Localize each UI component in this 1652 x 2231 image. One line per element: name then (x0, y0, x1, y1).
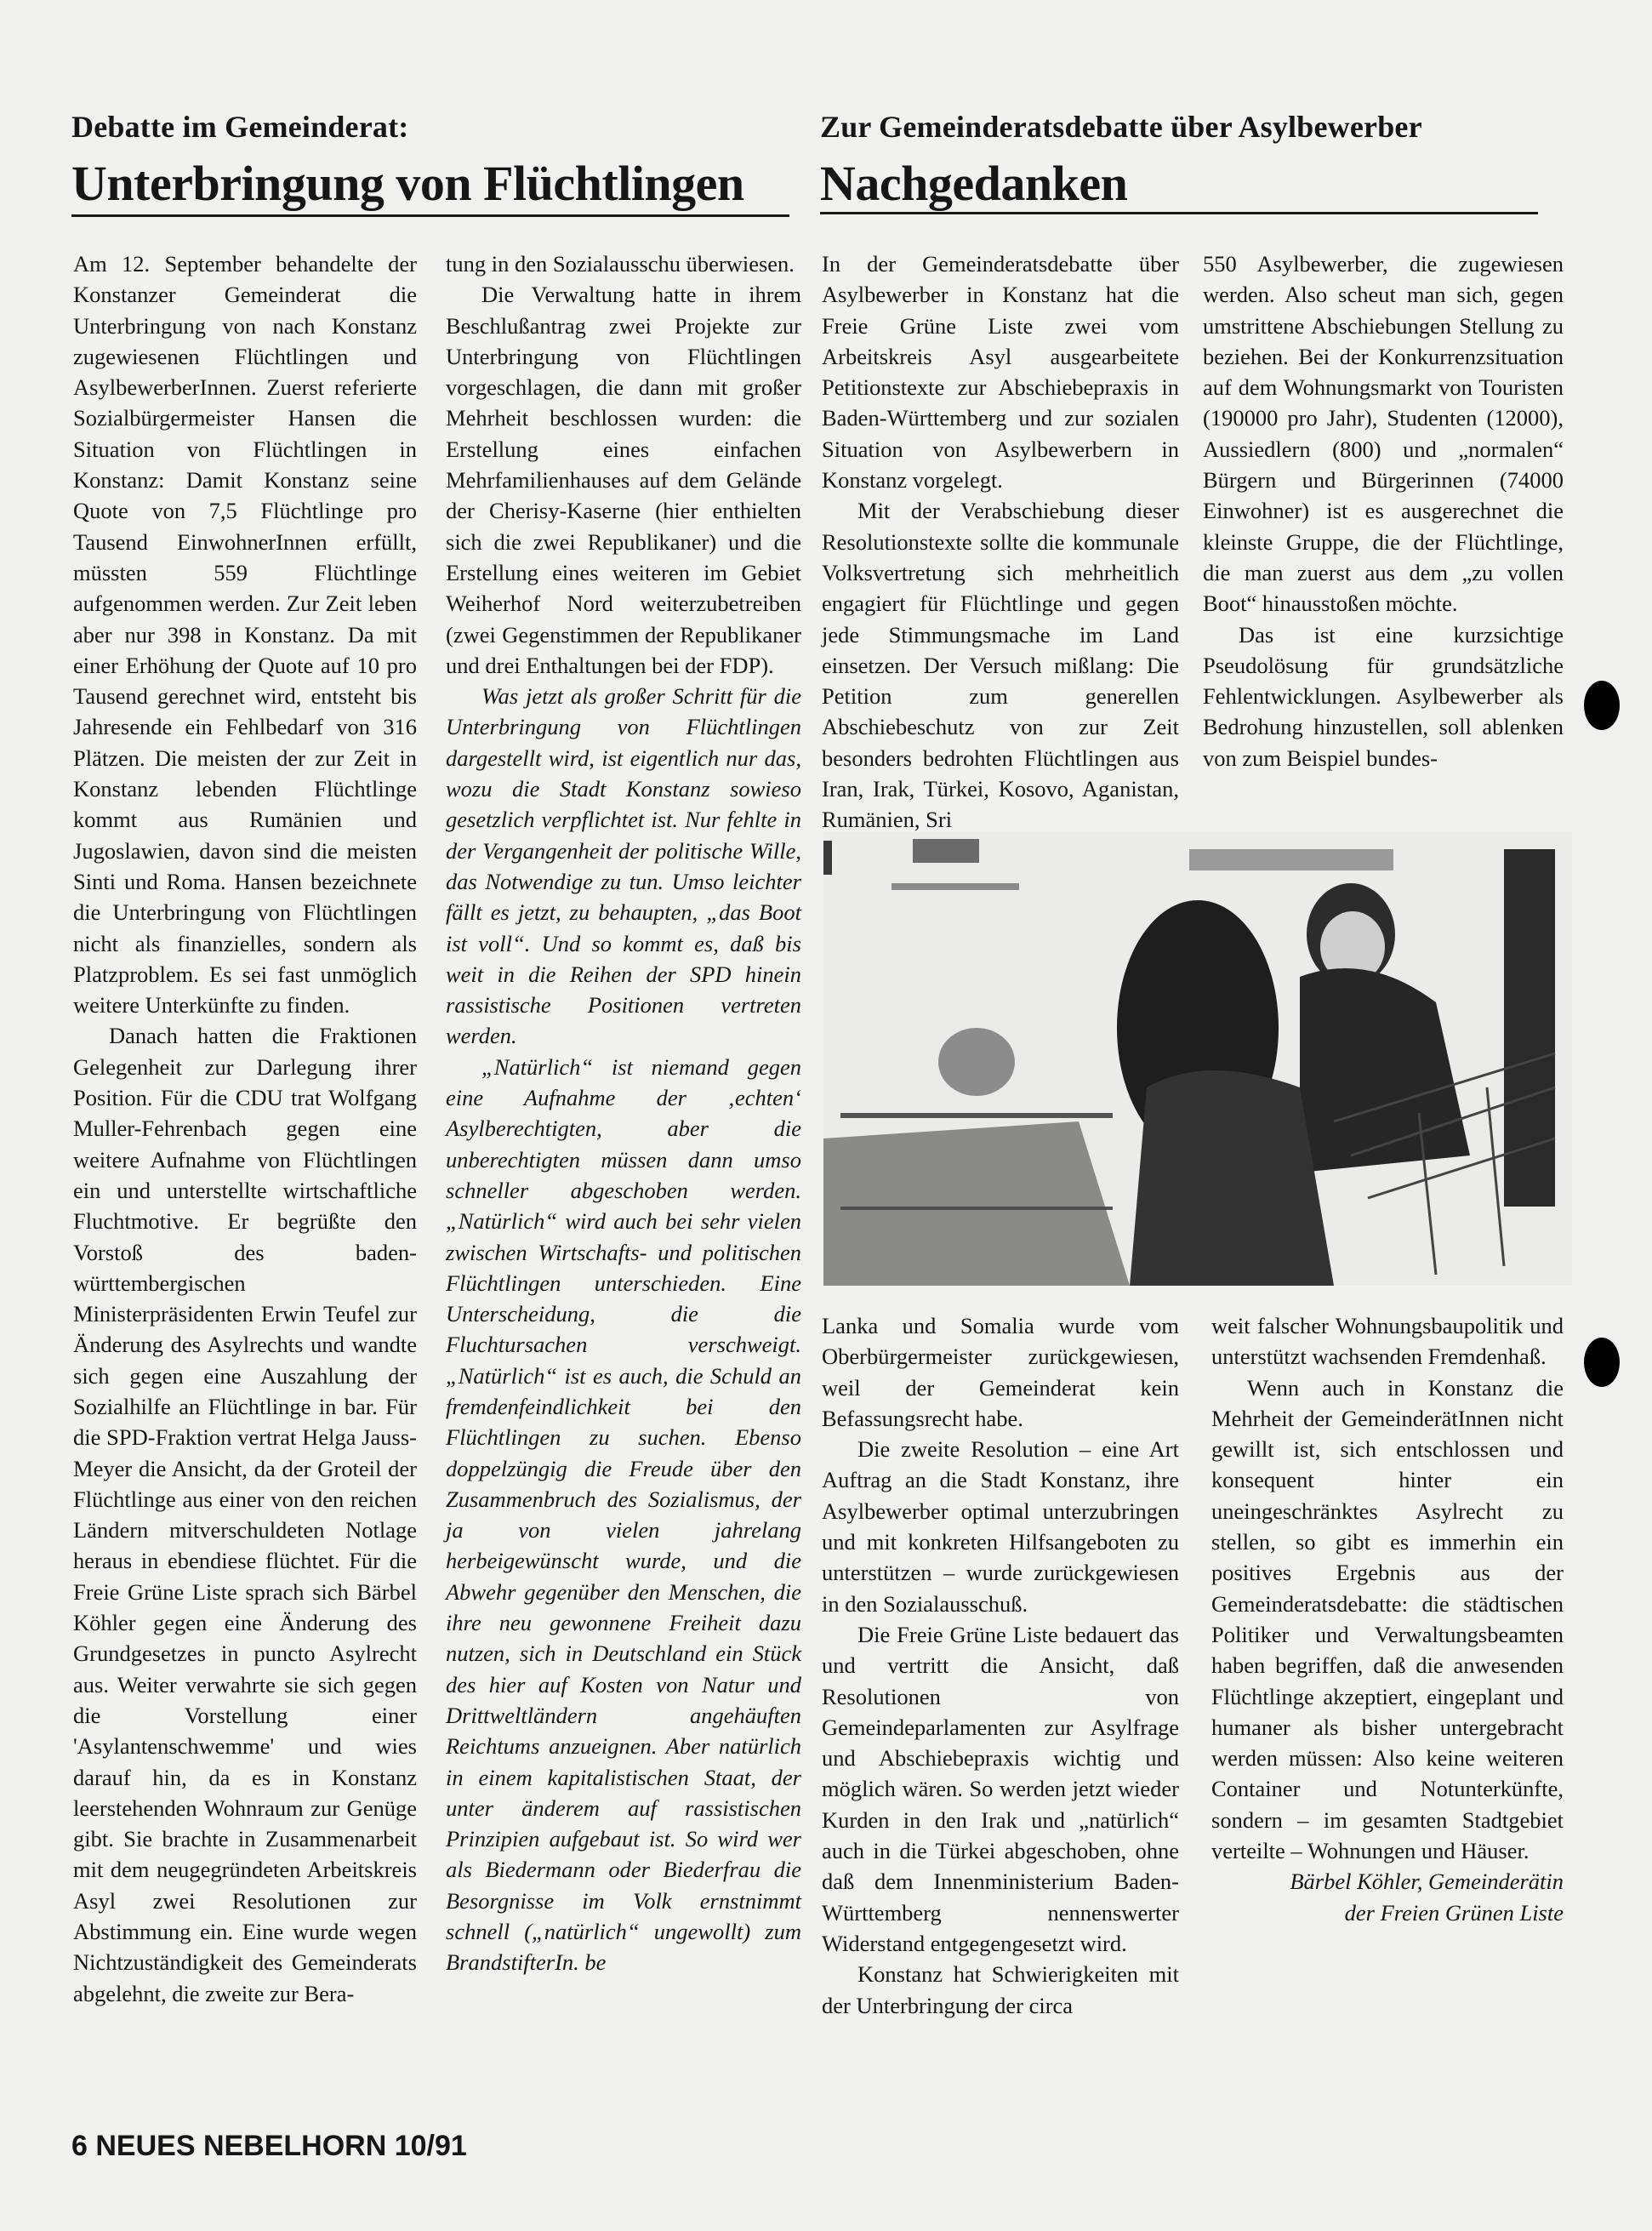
photo-children-shopping-cart (823, 832, 1572, 1286)
paragraph: weit falscher Wohnungsbaupolitik und unt… (1211, 1310, 1564, 1372)
right-headline-rule (820, 212, 1538, 214)
left-headline-rule (71, 214, 789, 217)
article-photo (823, 832, 1572, 1286)
author-signature-line-2: der Freien Grünen Liste (1211, 1897, 1564, 1928)
left-article-headline: Unterbringung von Flüchtlingen (71, 155, 744, 212)
right-article-column-4-bottom: weit falscher Wohnungsbaupolitik und unt… (1211, 1310, 1564, 1928)
right-article-column-4-top: 550 Asylbewerber, die zugewiesen werden.… (1203, 248, 1564, 773)
paragraph: 550 Asylbewerber, die zugewiesen werden.… (1203, 248, 1564, 619)
paragraph: tung in den Sozialausschu überwiesen. (446, 248, 801, 279)
page-footer: 6 NEUES NEBELHORN 10/91 (71, 2130, 467, 2163)
paragraph: Konstanz hat Schwierigkeiten mit der Unt… (822, 1959, 1179, 2021)
paragraph: Die Freie Grüne Liste bedauert das und v… (822, 1619, 1179, 1959)
paragraph: Mit der Verabschiebung dieser Resolution… (822, 495, 1179, 835)
paragraph: Die zweite Resolution – eine Art Auftrag… (822, 1434, 1179, 1619)
newspaper-page: Debatte im Gemeinderat: Unterbringung vo… (0, 0, 1652, 2231)
paragraph: Die Verwaltung hatte in ihrem Beschlußan… (446, 279, 801, 681)
paragraph: Danach hatten die Fraktionen Gelegenheit… (73, 1020, 417, 2009)
paragraph: Am 12. September behandelte der Konstanz… (73, 248, 417, 1020)
right-article-column-3-bottom: Lanka und Somalia wurde vom Oberbürgerme… (822, 1310, 1179, 2021)
right-article-kicker: Zur Gemeinderatsdebatte über Asylbewerbe… (820, 109, 1422, 145)
punch-hole (1584, 681, 1620, 730)
punch-hole (1584, 1338, 1620, 1387)
right-article-headline: Nachgedanken (820, 155, 1127, 212)
left-article-kicker: Debatte im Gemeinderat: (71, 109, 408, 145)
paragraph: Lanka und Somalia wurde vom Oberbürgerme… (822, 1310, 1179, 1434)
paragraph: In der Gemeinderatsdebatte über Asylbewe… (822, 248, 1179, 495)
commentary-paragraph: Was jetzt als großer Schritt für die Unt… (446, 681, 801, 1052)
left-article-column-1: Am 12. September behandelte der Konstanz… (73, 248, 417, 2009)
paragraph: Wenn auch in Konstanz die Mehrheit der G… (1211, 1372, 1564, 1867)
author-signature-line-1: Bärbel Köhler, Gemeinderätin (1211, 1866, 1564, 1897)
right-article-column-3-top: In der Gemeinderatsdebatte über Asylbewe… (822, 248, 1179, 836)
paragraph: Das ist eine kurzsichtige Pseudolösung f… (1203, 619, 1564, 773)
commentary-paragraph: „Natürlich“ ist niemand gegen eine Aufna… (446, 1052, 801, 1978)
left-article-column-2: tung in den Sozialausschu überwiesen. Di… (446, 248, 801, 1978)
